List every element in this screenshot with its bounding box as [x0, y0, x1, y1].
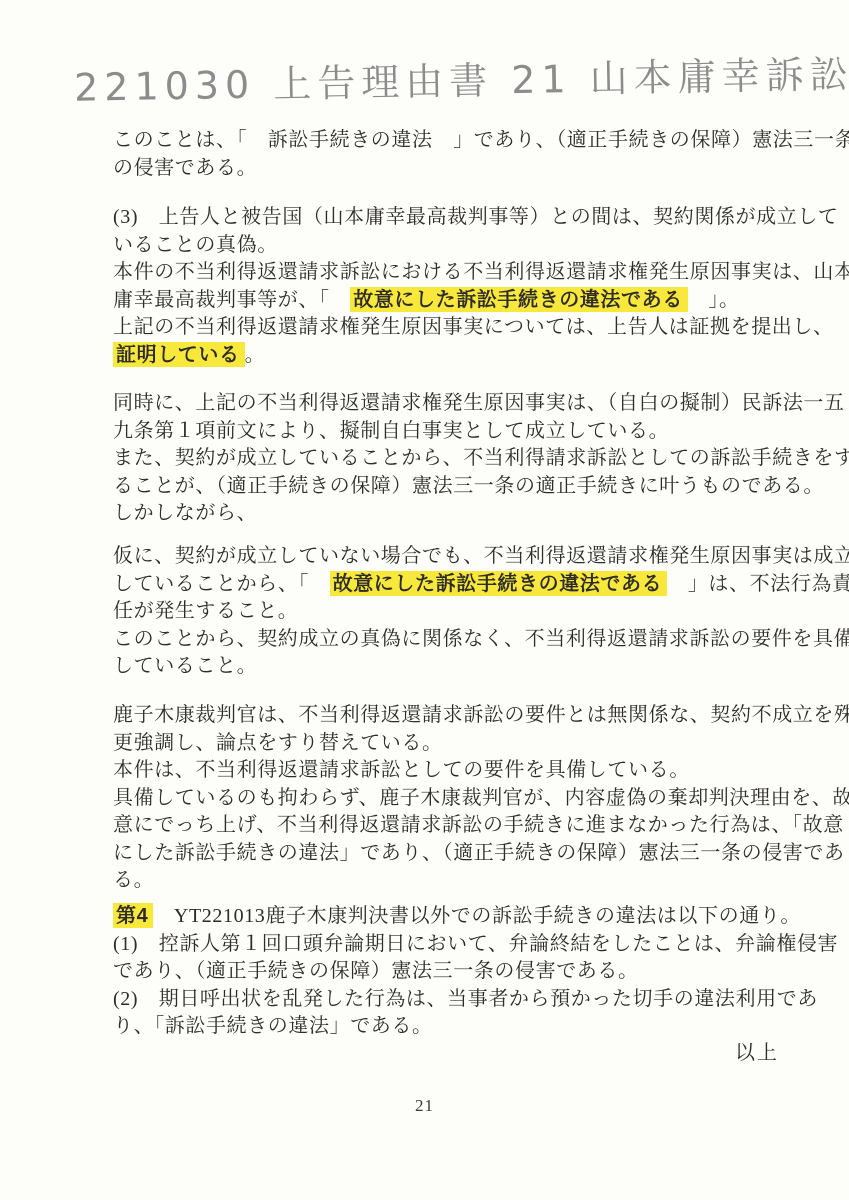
text-line: 本件の不当利得返還請求訴訟における不当利得返還請求権発生原因事実は、山本	[113, 259, 785, 287]
text-run: り、「訴訟手続きの違法」である。	[113, 1015, 433, 1037]
text-line: 同時に、上記の不当利得返還請求権発生原因事実は、（自白の擬制）民訴法一五	[113, 390, 785, 418]
text-line: 仮に、契約が成立していない場合でも、不当利得返還請求権発生原因事実は成立	[113, 543, 785, 571]
text-line: していること。	[113, 653, 785, 681]
text-line: また、契約が成立していることから、不当利得請求訴訟としての訴訟手続きをす	[113, 445, 785, 473]
text-run: の侵害である。	[113, 157, 257, 179]
text-run: にした訴訟手続きの違法」であり、（適正手続きの保障）憲法三一条の侵害であ	[113, 842, 845, 864]
text-run: また、契約が成立していることから、不当利得請求訴訟としての訴訟手続きをす	[113, 447, 849, 469]
paragraph: (3) 上告人と被告国（山本庸幸最高裁判事等）との間は、契約関係が成立しているこ…	[113, 204, 785, 369]
text-line: 意にでっち上げ、不当利得返還請求訴訟の手続きに進まなかった行為は、「故意	[113, 812, 785, 840]
text-run: 」。	[688, 289, 740, 311]
text-line: にした訴訟手続きの違法」であり、（適正手続きの保障）憲法三一条の侵害であ	[113, 840, 785, 868]
text-run: このことは、「 訴訟手続きの違法 」であり、（適正手続きの保障）憲法三一条	[113, 129, 849, 151]
text-run: 本件の不当利得返還請求訴訟における不当利得返還請求権発生原因事実は、山本	[113, 261, 849, 283]
text-line: していることから、「 故意にした訴訟手続きの違法である 」は、不法行為責	[113, 571, 785, 599]
handwritten-title: 221030 上告理由書 21 山本庸幸訴訟	[74, 43, 849, 112]
text-line: (3) 上告人と被告国（山本庸幸最高裁判事等）との間は、契約関係が成立して	[113, 204, 785, 232]
text-line: であり、（適正手続きの保障）憲法三一条の侵害である。	[113, 958, 785, 986]
highlighted-text: 第4	[113, 903, 153, 928]
paragraph: このことは、「 訴訟手続きの違法 」であり、（適正手続きの保障）憲法三一条の侵害…	[113, 127, 785, 182]
text-line: り、「訴訟手続きの違法」である。	[113, 1013, 785, 1041]
text-run: していることから、「	[113, 573, 330, 595]
text-run: YT221013鹿子木康判決書以外での訴訟手続きの違法は以下の通り。	[153, 905, 801, 927]
text-run: であり、（適正手続きの保障）憲法三一条の侵害である。	[113, 960, 639, 982]
text-run: しかしながら、	[113, 502, 257, 524]
text-line: 庸幸最高裁判事等が、「 故意にした訴訟手続きの違法である 」。	[113, 287, 785, 315]
text-run: このことから、契約成立の真偽に関係なく、不当利得返還請求訴訟の要件を具備	[113, 628, 849, 650]
paragraph: 鹿子木康裁判官は、不当利得返還請求訴訟の要件とは無関係な、契約不成立を殊更強調し…	[113, 702, 785, 895]
text-line: しかしながら、	[113, 500, 785, 528]
text-run: 仮に、契約が成立していない場合でも、不当利得返還請求権発生原因事実は成立	[113, 545, 849, 567]
highlighted-text: 故意にした訴訟手続きの違法である	[350, 287, 688, 312]
text-run: していること。	[113, 655, 257, 677]
text-line: いることの真偽。	[113, 232, 785, 260]
scan-page: 221030 上告理由書 21 山本庸幸訴訟 このことは、「 訴訟手続きの違法 …	[0, 0, 849, 1200]
text-line: 第4 YT221013鹿子木康判決書以外での訴訟手続きの違法は以下の通り。	[113, 903, 785, 931]
text-line: (2) 期日呼出状を乱発した行為は、当事者から預かった切手の違法利用であ	[113, 986, 785, 1014]
page-number: 21	[0, 1096, 849, 1116]
text-line: ることが、（適正手続きの保障）憲法三一条の適正手続きに叶うものである。	[113, 473, 785, 501]
text-line: 証明している。	[113, 342, 785, 370]
text-run: 本件は、不当利得返還請求訴訟としての要件を具備している。	[113, 759, 690, 781]
text-run: 更強調し、論点をすり替えている。	[113, 732, 443, 754]
text-line: 鹿子木康裁判官は、不当利得返還請求訴訟の要件とは無関係な、契約不成立を殊	[113, 702, 785, 730]
text-run: 庸幸最高裁判事等が、「	[113, 289, 350, 311]
text-run: いることの真偽。	[113, 234, 278, 256]
text-run: (1) 控訴人第１回口頭弁論期日において、弁論終結をしたことは、弁論権侵害	[113, 933, 838, 955]
text-line: の侵害である。	[113, 155, 785, 183]
text-line: 上記の不当利得返還請求権発生原因事実については、上告人は証拠を提出し、	[113, 314, 785, 342]
highlighted-text: 故意にした訴訟手続きの違法である	[330, 571, 668, 596]
text-line: (1) 控訴人第１回口頭弁論期日において、弁論終結をしたことは、弁論権侵害	[113, 931, 785, 959]
paragraph: 仮に、契約が成立していない場合でも、不当利得返還請求権発生原因事実は成立している…	[113, 543, 785, 681]
text-line: る。	[113, 867, 785, 895]
text-line: このことから、契約成立の真偽に関係なく、不当利得返還請求訴訟の要件を具備	[113, 626, 785, 654]
text-run: (3) 上告人と被告国（山本庸幸最高裁判事等）との間は、契約関係が成立して	[113, 206, 839, 228]
text-run: 上記の不当利得返還請求権発生原因事実については、上告人は証拠を提出し、	[113, 316, 834, 338]
text-run: 。	[245, 344, 266, 366]
text-run: 同時に、上記の不当利得返還請求権発生原因事実は、（自白の擬制）民訴法一五	[113, 392, 845, 414]
text-run: 意にでっち上げ、不当利得返還請求訴訟の手続きに進まなかった行為は、「故意	[113, 814, 844, 836]
paragraph: 同時に、上記の不当利得返還請求権発生原因事実は、（自白の擬制）民訴法一五九条第１…	[113, 390, 785, 528]
text-line: 具備しているのも拘わらず、鹿子木康裁判官が、内容虚偽の棄却判決理由を、故	[113, 785, 785, 813]
text-line: このことは、「 訴訟手続きの違法 」であり、（適正手続きの保障）憲法三一条	[113, 127, 785, 155]
closing-label: 以上	[735, 1036, 779, 1065]
text-run: 九条第１項前文により、擬制自白事実として成立している。	[113, 420, 669, 442]
text-line: 九条第１項前文により、擬制自白事実として成立している。	[113, 418, 785, 446]
text-run: 任が発生すること。	[113, 600, 298, 622]
text-line: 任が発生すること。	[113, 598, 785, 626]
highlighted-text: 証明している	[113, 342, 245, 367]
text-run: ることが、（適正手続きの保障）憲法三一条の適正手続きに叶うものである。	[113, 475, 824, 497]
paragraph: 第4 YT221013鹿子木康判決書以外での訴訟手続きの違法は以下の通り。(1)…	[113, 903, 785, 1041]
text-run: 具備しているのも拘わらず、鹿子木康裁判官が、内容虚偽の棄却判決理由を、故	[113, 787, 849, 809]
text-line: 本件は、不当利得返還請求訴訟としての要件を具備している。	[113, 757, 785, 785]
text-line: 更強調し、論点をすり替えている。	[113, 730, 785, 758]
text-run: 鹿子木康裁判官は、不当利得返還請求訴訟の要件とは無関係な、契約不成立を殊	[113, 704, 849, 726]
text-run: (2) 期日呼出状を乱発した行為は、当事者から預かった切手の違法利用であ	[113, 988, 818, 1010]
text-run: る。	[113, 869, 154, 891]
text-run: 」は、不法行為責	[667, 573, 849, 595]
